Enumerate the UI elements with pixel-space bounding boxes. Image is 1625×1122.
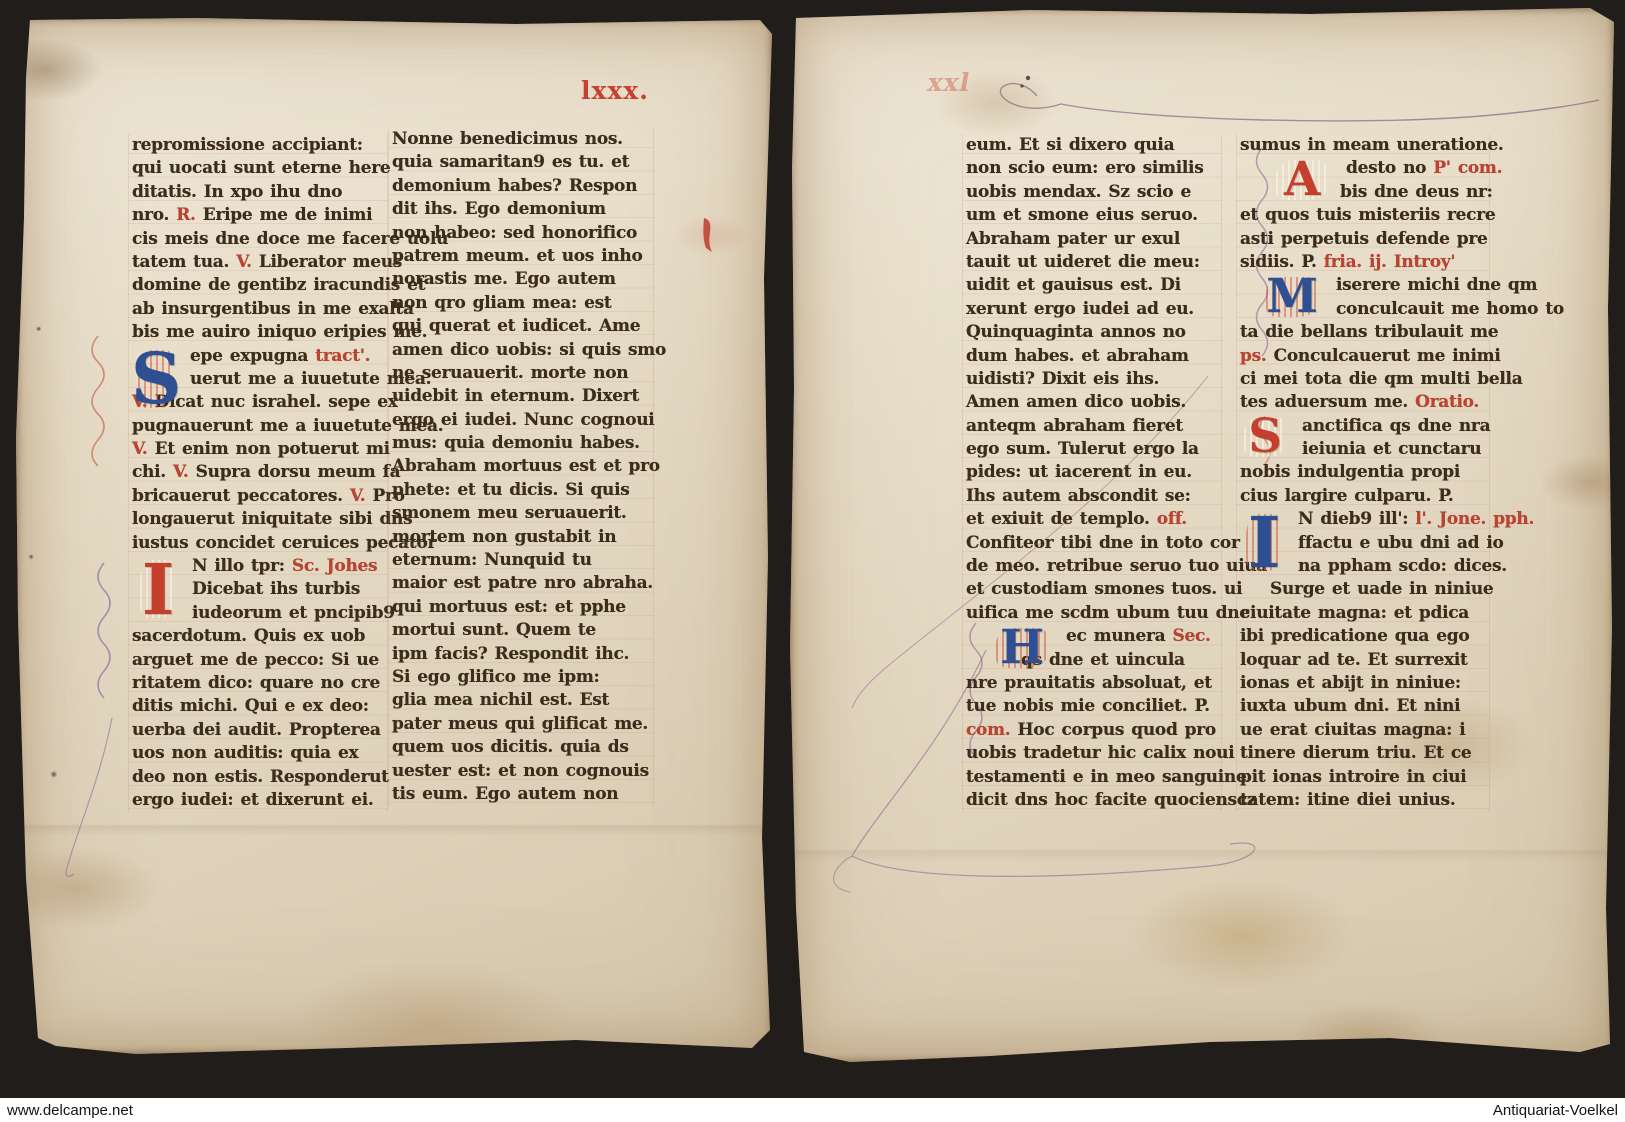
drop-cap-initial: S: [1239, 411, 1291, 464]
text-line: com. Hoc corpus quod pro: [966, 719, 1218, 742]
photo-canvas: { "palette":{ "background":"#201d1b", "p…: [0, 0, 1625, 1122]
text-line: uobis mendax. Sz scio e: [966, 181, 1218, 204]
body-text: et exiuit de templo.: [966, 509, 1157, 529]
text-line: tauit ut uideret die meu:: [966, 251, 1218, 274]
text-line: tis eum. Ego autem non: [392, 783, 650, 806]
body-text: dum habes. et abraham: [966, 346, 1189, 366]
purple-pen-tail: [66, 718, 112, 876]
initial-letter: S: [1248, 416, 1282, 458]
body-text: ditatis. In xpo ihu dno: [132, 182, 342, 202]
text-line: Ihs autem abscondit se:: [966, 485, 1218, 508]
text-line: nro. R. Eripe me de inimi: [132, 204, 384, 227]
body-text: smonem meu seruauerit.: [392, 503, 627, 523]
rubric-text: V.: [236, 252, 259, 272]
body-text: ciuitate magna: et pdica: [1240, 603, 1469, 623]
body-text: quia samaritan9 es tu. et: [392, 152, 629, 172]
body-text: non scio eum: ero similis: [966, 158, 1203, 178]
ink-dot: [1026, 76, 1030, 80]
body-text: et quos tuis misteriis recre: [1240, 205, 1495, 225]
rubric-text: ps.: [1240, 346, 1274, 366]
body-text: Conculcauerut me inimi: [1274, 346, 1501, 366]
text-line: smonem meu seruauerit.: [392, 502, 650, 525]
body-text: domine de gentibz iracundis et: [132, 275, 425, 295]
body-text: non qro gliam mea: est: [392, 293, 611, 313]
body-text: Dicat nuc israhel. sepe ex: [155, 392, 398, 412]
text-line: nre prauitatis absoluat, et: [966, 672, 1218, 695]
manuscript-leaf-right: xxl eum. Et si dixero quianon scio eum: …: [790, 8, 1614, 1062]
folio-number: xxl: [925, 68, 972, 97]
body-text: ergo ei iudei. Nunc cognoui: [392, 410, 654, 430]
body-text: Surge et uade in niniue: [1270, 579, 1493, 599]
text-line: iuxta ubum dni. Et nini: [1240, 695, 1486, 718]
text-line: mortui sunt. Quem te: [392, 619, 650, 642]
body-text: tue nobis mie conciliet. P.: [966, 696, 1210, 716]
rubric-text: tract'.: [315, 346, 370, 366]
body-text: Confiteor tibi dne in toto cor: [966, 533, 1240, 553]
text-line: Abraham pater ur exul: [966, 228, 1218, 251]
text-line: ps. Conculcauerut me inimi: [1240, 345, 1486, 368]
text-line: tatem tua. V. Liberator meus: [132, 251, 384, 274]
initial-letter: S: [131, 347, 181, 410]
body-text: N dieb9 ill':: [1298, 509, 1415, 529]
body-text: ionas et abijt in niniue:: [1240, 673, 1461, 693]
rubric-text: fria. ij. Introy': [1324, 252, 1455, 272]
text-line: uobis tradetur hic calix noui: [966, 742, 1218, 765]
text-line: deo non estis. Responderut: [132, 766, 384, 789]
body-text: repromissione accipiant:: [132, 135, 363, 155]
body-text: mortui sunt. Quem te: [392, 620, 596, 640]
initial-letter: H: [1000, 627, 1044, 669]
text-line: de meo. retribue seruo tuo uiua: [966, 555, 1218, 578]
text-column: repromissione accipiant:qui uocati sunt …: [128, 134, 388, 812]
text-line: patrem meum. et uos inho: [392, 245, 650, 268]
body-text: tauit ut uideret die meu:: [966, 252, 1200, 272]
text-line: ne seruauerit. morte non: [392, 362, 650, 385]
body-text: de meo. retribue seruo tuo uiua: [966, 556, 1267, 576]
red-ink-blot: [703, 218, 712, 252]
text-line: ciuitate magna: et pdica: [1240, 602, 1486, 625]
body-text: dit ihs. Ego demonium: [392, 199, 606, 219]
body-text: ritatem dico: quare no cre: [132, 673, 380, 693]
body-text: ec munera: [1066, 626, 1173, 646]
text-line: Confiteor tibi dne in toto cor: [966, 532, 1218, 555]
text-line: tatem: itine diei unius.: [1240, 789, 1486, 812]
body-text: ab insurgentibus in me exalta: [132, 299, 414, 319]
text-line: eum. Et si dixero quia: [966, 134, 1218, 157]
initial-letter: I: [142, 558, 175, 621]
body-text: amen dico uobis: si quis smo: [392, 340, 666, 360]
text-line: bricauerut peccatores. V. Pro: [132, 485, 384, 508]
body-text: Quinquaginta annos no: [966, 322, 1186, 342]
text-line: anteqm abraham fieret: [966, 415, 1218, 438]
body-text: Nonne benedicimus nos.: [392, 129, 623, 149]
lower-flourish-hook: [834, 856, 852, 892]
body-text: qui uocati sunt eterne here: [132, 158, 390, 178]
rubric-text: off.: [1157, 509, 1187, 529]
body-text: ipm facis? Respondit ihc.: [392, 644, 629, 664]
text-line: dicit dns hoc facite quocienscz: [966, 789, 1218, 812]
body-text: uester est: et non cognouis: [392, 761, 649, 781]
header-flourish: [1000, 84, 1599, 121]
text-line: V. Et enim non potuerut mi: [132, 438, 384, 461]
text-line: pit ionas introire in ciui: [1240, 766, 1486, 789]
text-line: et custodiam smones tuos. ui: [966, 578, 1218, 601]
body-text: asti perpetuis defende pre: [1240, 229, 1488, 249]
text-line: Si ego glifico me ipm:: [392, 666, 650, 689]
drop-cap-initial: M: [1259, 270, 1325, 323]
drop-cap-initial: I: [135, 551, 181, 627]
body-text: ego sum. Tulerut ergo la: [966, 439, 1199, 459]
body-text: non habeo: sed honorifico: [392, 223, 637, 243]
body-text: uidit et gauisus est. Di: [966, 275, 1181, 295]
text-line: Abraham mortuus est et pro: [392, 455, 650, 478]
body-text: desto no: [1346, 158, 1433, 178]
text-line: ditatis. In xpo ihu dno: [132, 181, 384, 204]
body-text: uos non auditis: quia ex: [132, 743, 358, 763]
text-column: eum. Et si dixero quianon scio eum: ero …: [962, 134, 1222, 812]
body-text: Abraham mortuus est et pro: [392, 456, 660, 476]
body-text: na ppham scdo: dices.: [1298, 556, 1507, 576]
rubric-text: V.: [132, 439, 155, 459]
body-text: deo non estis. Responderut: [132, 767, 389, 787]
text-line: amen dico uobis: si quis smo: [392, 339, 650, 362]
text-line: maior est patre nro abraha.: [392, 572, 650, 595]
body-text: anctifica qs dne nra: [1302, 416, 1490, 436]
text-line: mus: quia demoniu habes.: [392, 432, 650, 455]
text-line: longauerut iniquitate sibi dns: [132, 508, 384, 531]
body-text: testamenti e in meo sanguine: [966, 767, 1246, 787]
body-text: ffactu e ubu dni ad io: [1298, 533, 1504, 553]
body-text: uidisti? Dixit eis ihs.: [966, 369, 1159, 389]
body-text: ibi predicatione qua ego: [1240, 626, 1469, 646]
body-text: pides: ut iacerent in eu.: [966, 462, 1192, 482]
text-line: cis meis dne doce me facere uolu: [132, 228, 384, 251]
body-text: Dicebat ihs turbis: [192, 579, 360, 599]
text-line: testamenti e in meo sanguine: [966, 766, 1218, 789]
initial-letter: M: [1266, 276, 1318, 318]
body-text: bis dne deus nr:: [1340, 182, 1493, 202]
rubric-text: R.: [176, 205, 203, 225]
body-text: epe expugna: [190, 346, 315, 366]
body-text: loquar ad te. Et surrexit: [1240, 650, 1468, 670]
text-line: ab insurgentibus in me exalta: [132, 298, 384, 321]
text-column: Nonne benedicimus nos.quia samaritan9 es…: [388, 128, 654, 806]
body-text: chi.: [132, 462, 173, 482]
body-text: anteqm abraham fieret: [966, 416, 1183, 436]
body-text: qui mortuus est: et pphe: [392, 597, 626, 617]
body-text: eum. Et si dixero quia: [966, 135, 1174, 155]
body-text: uerba dei audit. Propterea: [132, 720, 381, 740]
body-text: uobis mendax. Sz scio e: [966, 182, 1191, 202]
body-text: phete: et tu dicis. Si quis: [392, 480, 630, 500]
text-line: dit ihs. Ego demonium: [392, 198, 650, 221]
text-line: quia samaritan9 es tu. et: [392, 151, 650, 174]
body-text: patrem meum. et uos inho: [392, 246, 643, 266]
purple-penwork-chain: [98, 563, 110, 698]
text-line: Nonne benedicimus nos.: [392, 128, 650, 151]
body-text: Liberator meus: [259, 252, 402, 272]
body-text: mortem non gustabit in: [392, 527, 616, 547]
rubric-text: P' com.: [1433, 158, 1502, 178]
body-text: ieiunia et cunctaru: [1302, 439, 1481, 459]
body-text: nobis indulgentia propi: [1240, 462, 1460, 482]
text-line: phete: et tu dicis. Si quis: [392, 479, 650, 502]
body-text: ta die bellans tribulauit me: [1240, 322, 1498, 342]
text-line: glia mea nichil est. Est: [392, 689, 650, 712]
body-text: bricauerut peccatores.: [132, 486, 350, 506]
body-text: nro.: [132, 205, 176, 225]
rubric-text: V.: [350, 486, 373, 506]
body-text: Si ego glifico me ipm:: [392, 667, 600, 687]
watermark-bar: www.delcampe.net Antiquariat-Voelkel: [0, 1098, 1625, 1122]
body-text: ergo iudei: et dixerunt ei.: [132, 790, 374, 810]
text-line: uerba dei audit. Propterea: [132, 719, 384, 742]
rubric-text: Sec.: [1173, 626, 1211, 646]
body-text: ci mei tota die qm multi bella: [1240, 369, 1522, 389]
text-line: qui mortuus est: et pphe: [392, 596, 650, 619]
body-text: tatem tua.: [132, 252, 236, 272]
text-line: nobis indulgentia propi: [1240, 461, 1486, 484]
manuscript-leaf-left: lxxx. repromissione accipiant:qui uocati…: [16, 18, 772, 1054]
body-text: iudeorum et pncipib9: [192, 603, 395, 623]
text-line: tinere dierum triu. Et ce: [1240, 742, 1486, 765]
body-text: quem uos dicitis. quia ds: [392, 737, 629, 757]
text-line: eternum: Nunquid tu: [392, 549, 650, 572]
rubric-text: com.: [966, 720, 1018, 740]
body-text: uobis tradetur hic calix noui: [966, 743, 1234, 763]
body-text: longauerut iniquitate sibi dns: [132, 509, 412, 529]
body-text: pater meus qui glificat me.: [392, 714, 648, 734]
rubric-text: Sc. Johes: [292, 556, 377, 576]
text-line: repromissione accipiant:: [132, 134, 384, 157]
body-text: Amen amen dico uobis.: [966, 392, 1186, 412]
ink-dot: [1020, 84, 1023, 87]
text-line: ci mei tota die qm multi bella: [1240, 368, 1486, 391]
text-line: ue erat ciuitas magna: i: [1240, 719, 1486, 742]
body-text: ditis michi. Qui e ex deo:: [132, 696, 369, 716]
text-line: pides: ut iacerent in eu.: [966, 461, 1218, 484]
rubric-text: l'. Jone. pph.: [1415, 509, 1534, 529]
body-text: Supra dorsu meum fa: [196, 462, 401, 482]
initial-letter: I: [1248, 511, 1281, 574]
text-line: uester est: et non cognouis: [392, 760, 650, 783]
rubric-text: V.: [173, 462, 196, 482]
initial-letter: A: [1284, 159, 1320, 201]
body-text: maior est patre nro abraha.: [392, 573, 653, 593]
text-line: non qro gliam mea: est: [392, 292, 650, 315]
text-line: qui uocati sunt eterne here: [132, 157, 384, 180]
body-text: demonium habes? Respon: [392, 176, 637, 196]
folio-number: lxxx.: [581, 76, 649, 105]
text-line: uidit et gauisus est. Di: [966, 274, 1218, 297]
text-line: asti perpetuis defende pre: [1240, 228, 1486, 251]
text-line: chi. V. Supra dorsu meum fa: [132, 461, 384, 484]
body-text: Eripe me de inimi: [203, 205, 372, 225]
body-text: ue erat ciuitas magna: i: [1240, 720, 1465, 740]
body-text: et custodiam smones tuos. ui: [966, 579, 1242, 599]
text-line: ipm facis? Respondit ihc.: [392, 643, 650, 666]
body-text: uidebit in eternum. Dixert: [392, 386, 639, 406]
text-line: mortem non gustabit in: [392, 526, 650, 549]
watermark-right: Antiquariat-Voelkel: [1493, 1102, 1618, 1119]
body-text: mus: quia demoniu habes.: [392, 433, 640, 453]
text-line: ditis michi. Qui e ex deo:: [132, 695, 384, 718]
text-line: dum habes. et abraham: [966, 345, 1218, 368]
body-text: pit ionas introire in ciui: [1240, 767, 1466, 787]
body-text: N illo tpr:: [192, 556, 292, 576]
text-line: Amen amen dico uobis.: [966, 391, 1218, 414]
body-text: Hoc corpus quod pro: [1018, 720, 1216, 740]
text-line: loquar ad te. Et surrexit: [1240, 649, 1486, 672]
text-line: ta die bellans tribulauit me: [1240, 321, 1486, 344]
text-line: uos non auditis: quia ex: [132, 742, 384, 765]
body-text: tinere dierum triu. Et ce: [1240, 743, 1471, 763]
body-text: ne seruauerit. morte non: [392, 363, 628, 383]
text-line: qui querat et iudicet. Ame: [392, 315, 650, 338]
body-text: sumus in meam uneratione.: [1240, 135, 1503, 155]
text-line: ionas et abijt in niniue:: [1240, 672, 1486, 695]
text-column: sumus in meam uneratione.desto no P' com…: [1236, 134, 1490, 812]
body-text: tatem: itine diei unius.: [1240, 790, 1455, 810]
text-line: Quinquaginta annos no: [966, 321, 1218, 344]
red-penwork-chain: [92, 336, 104, 466]
body-text: iserere michi dne qm: [1336, 275, 1537, 295]
text-line: non habeo: sed honorifico: [392, 222, 650, 245]
body-text: xerunt ergo iudei ad eu.: [966, 299, 1194, 319]
text-line: xerunt ergo iudei ad eu.: [966, 298, 1218, 321]
text-line: ego sum. Tulerut ergo la: [966, 438, 1218, 461]
body-text: conculcauit me homo to: [1336, 299, 1564, 319]
text-line: norastis me. Ego autem: [392, 268, 650, 291]
body-text: qui querat et iudicet. Ame: [392, 316, 640, 336]
drop-cap-initial: H: [989, 621, 1055, 674]
body-text: tis eum. Ego autem non: [392, 784, 618, 804]
drop-cap-initial: I: [1241, 504, 1287, 580]
body-text: um et smone eius seruo.: [966, 205, 1198, 225]
text-line: arguet me de pecco: Si ue: [132, 649, 384, 672]
body-text: Et enim non potuerut mi: [155, 439, 390, 459]
text-line: domine de gentibz iracundis et: [132, 274, 384, 297]
body-text: Abraham pater ur exul: [966, 229, 1180, 249]
text-line: um et smone eius seruo.: [966, 204, 1218, 227]
text-line: ergo ei iudei. Nunc cognoui: [392, 409, 650, 432]
body-text: dicit dns hoc facite quocienscz: [966, 790, 1256, 810]
text-line: quem uos dicitis. quia ds: [392, 736, 650, 759]
drop-cap-initial: S: [133, 341, 179, 417]
drop-cap-initial: A: [1269, 153, 1335, 206]
text-line: ibi predicatione qua ego: [1240, 625, 1486, 648]
text-line: tue nobis mie conciliet. P.: [966, 695, 1218, 718]
body-text: Ihs autem abscondit se:: [966, 486, 1191, 506]
rubric-text: Oratio.: [1415, 392, 1479, 412]
body-text: arguet me de pecco: Si ue: [132, 650, 379, 670]
body-text: eternum: Nunquid tu: [392, 550, 592, 570]
body-text: iuxta ubum dni. Et nini: [1240, 696, 1460, 716]
body-text: nre prauitatis absoluat, et: [966, 673, 1212, 693]
text-line: ergo iudei: et dixerunt ei.: [132, 789, 384, 812]
text-line: et exiuit de templo. off.: [966, 508, 1218, 531]
text-line: pater meus qui glificat me.: [392, 713, 650, 736]
text-line: demonium habes? Respon: [392, 175, 650, 198]
text-line: non scio eum: ero similis: [966, 157, 1218, 180]
text-line: et quos tuis misteriis recre: [1240, 204, 1486, 227]
body-text: glia mea nichil est. Est: [392, 690, 609, 710]
text-line: uidisti? Dixit eis ihs.: [966, 368, 1218, 391]
body-text: norastis me. Ego autem: [392, 269, 616, 289]
watermark-left: www.delcampe.net: [7, 1102, 133, 1119]
text-line: uidebit in eternum. Dixert: [392, 385, 650, 408]
text-line: ritatem dico: quare no cre: [132, 672, 384, 695]
